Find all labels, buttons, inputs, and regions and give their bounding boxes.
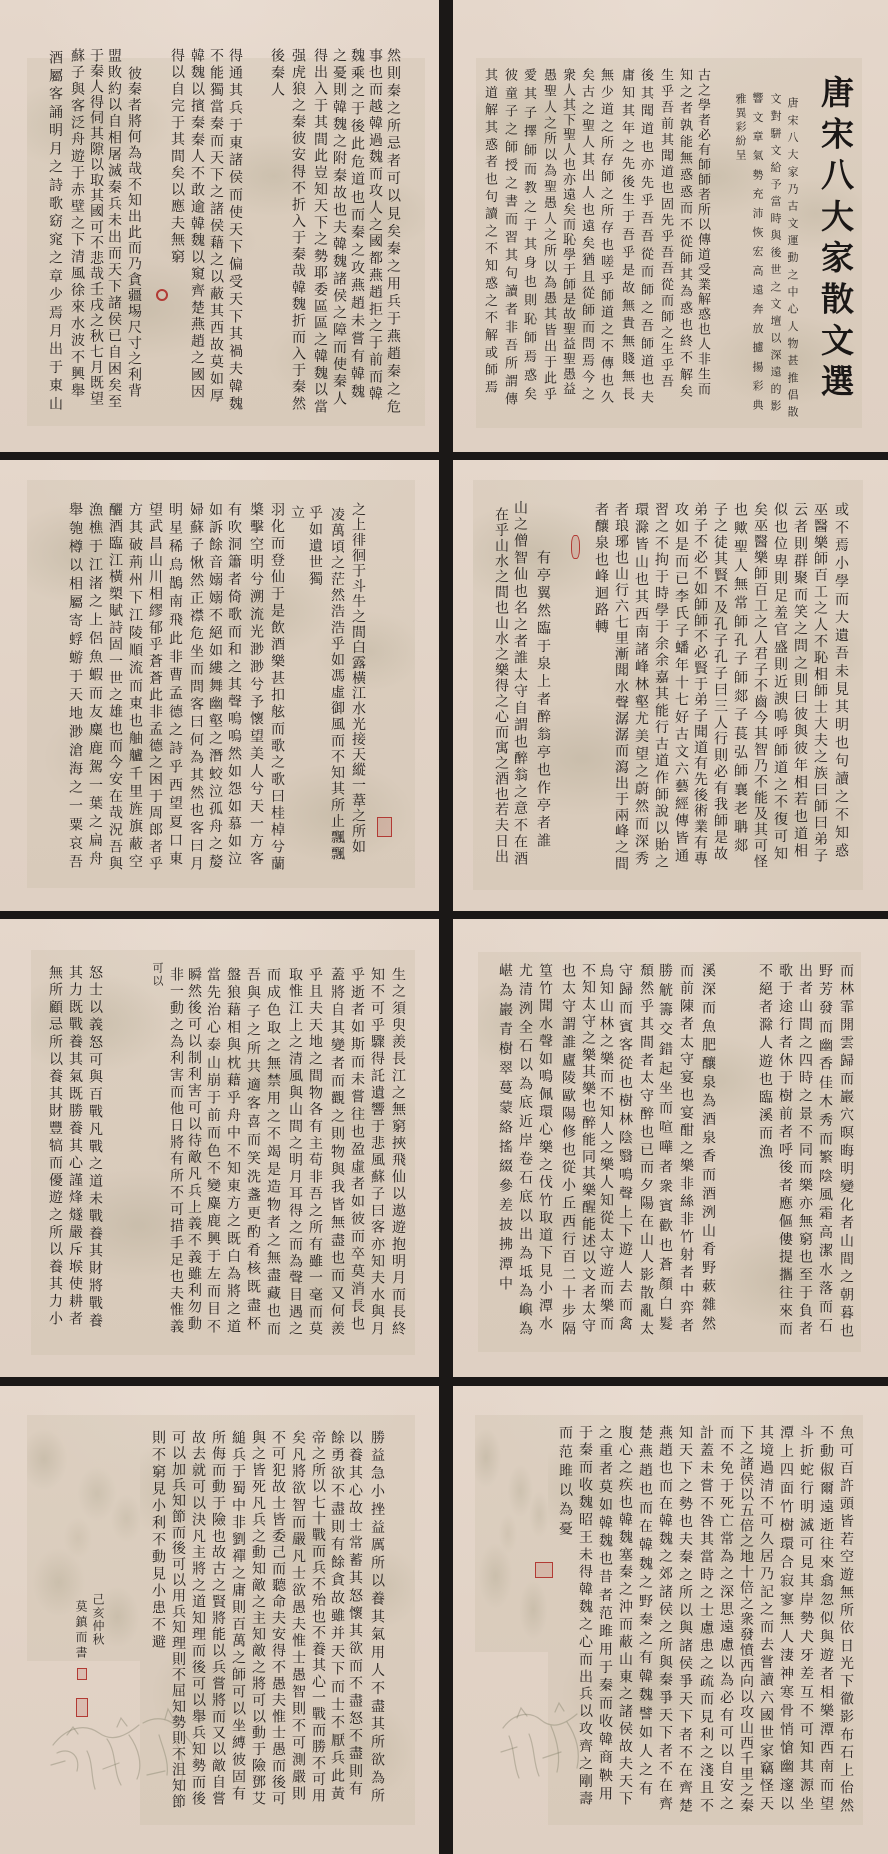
text-column: 槳擊空明兮溯流光渺渺兮予懷望美人兮天一方客 [247,502,265,865]
text-column: 而前陳者太守宴也宴酣之樂非絲非竹射者中弈者 [677,963,695,1332]
text-column: 帝之所以七十戰而兵不殆也不養其心一戰而勝不可用 [309,1430,327,1802]
text-column: 當先治心泰山崩于前而色不變麋鹿興于左而目不 [204,967,222,1333]
text-column: 凌萬頃之茫然浩浩乎如馮虛御風而不知其所止飄飄 [328,507,346,860]
inscription-column: 響文章氣勢充沛恢宏高遠奔放攄揚彩典 [750,92,764,410]
name-seal-icon [77,1668,87,1680]
panel-row2-left: 之上徘徊于斗牛之間白露橫江水光接天縱一葦之所如 凌萬頃之茫然浩浩乎如馮虛御風而不… [0,460,439,911]
text-column: 不絕者滁人遊也臨溪而漁 [756,963,774,1158]
text-column: 下之諸侯以五倍之地十倍之衆發憤西向以攻山西千里之秦 [737,1425,755,1812]
text-column: 也歟聖人無常師孔子師郯子萇弘師襄老聃郯 [731,502,749,852]
text-column: 乎逝者如斯而未嘗往也盈虛者如彼而卒莫消長也 [348,967,366,1330]
text-column: 酒屬客誦明月之詩歌窈窕之章少焉月出于東山 [46,50,64,410]
text-column: 魚可百許頭皆若空遊無所依日光下徹影布石上佁然 [837,1425,855,1812]
faint-horse-sketch [47,1705,200,1798]
text-column: 如訴餘音嫋嫋不絕如縷舞幽壑之潛蛟泣孤舟之嫠 [206,502,224,868]
text-column: 知之者孰能無惑惑而不從師其為惑也終不解矣 [676,68,692,397]
text-column: 勝觥籌交錯起坐而喧嘩者衆賓歡也蒼顏白髮 [656,963,674,1330]
text-column: 之重者莫如韓魏也昔者范雎用于秦而收韓商鞅用 [596,1425,614,1800]
text-column: 其力既戰養其氣既勝養其心謹烽燧嚴斥堠使耕者 [66,965,84,1325]
text-column: 守歸而賓客從也樹林陰翳鳴聲上下遊人去而禽 [616,963,634,1330]
text-column: 而不免于死亡常為之深思遠慮以為必有可以自安之 [717,1425,735,1810]
text-column: 無所顧忌所以養其財豐犒而優遊之所以養其力小 [46,965,64,1325]
red-seal-icon [571,535,580,559]
text-column: 或不焉小學而大遺吾未見其明也句讀之不知惑 [832,502,850,857]
text-column: 鳥知山林之樂而不知人之樂人知從太守遊而樂而 [597,963,615,1330]
text-column: 矣古之聖人其出人也遠矣猶且從師而問焉今之 [578,68,594,400]
text-column: 得出入于其間此豈知天下之勢耶委區區之韓魏以當 [311,48,329,413]
text-column: 不可犯故士皆委己而聽命夫安得不愚夫惟士愚而後可 [269,1430,287,1805]
text-column: 盤狼藉相與枕藉乎舟中不知東方之既白為將之道 [224,967,242,1333]
text-column: 習之不拘于時學于余余嘉其能行古道作師說以貽之 [652,502,670,868]
inscription-column: 文對駢文給予當時與後世之文壇以深遠的影 [768,93,782,411]
text-column: 後其聞道也亦先乎吾吾從而師之吾師道也夫 [637,68,653,403]
text-column: 羽化而登仙于是飲酒樂甚扣舷而歌之歌曰桂棹兮蘭 [268,502,286,870]
text-column: 非一動之為利害而他日將有所不可措手足也夫惟義 [167,967,185,1333]
text-column: 其道解其惑者也句讀之不知惑之不解或師焉 [481,68,497,393]
inscription-column: 唐宋八大家乃古文運動之中心人物甚推倡散 [785,97,799,417]
text-column: 吾與子之所共適客喜而笑洗盞更酌肴核既盡杯 [244,967,262,1330]
text-column: 瞬然後可以制利害可以待敵凡兵上義不義雖利勿動 [185,967,203,1330]
text-column: 彼秦者將何為哉不知出此而乃貪疆埸尺寸之利背 [125,66,143,397]
text-column: 之憂則韓魏之附秦故也夫韓魏諸侯之障而使秦人 [330,48,348,405]
text-column: 生之須臾羨長江之無窮挾飛仙以遨遊抱明月而長終 [389,967,407,1335]
text-column: 環滁皆山也其西南諸峰林壑尤美望之蔚然而深秀 [632,502,650,865]
text-column: 矣巫醫樂師百工之人君子不齒今其智乃不能及其可怪 [751,502,769,868]
text-column: 婦蘇子愀然正襟危坐而問客曰何為其然也客曰月 [187,502,205,870]
text-column: 韓魏以擯秦秦人不敢逾韓魏以窺齊楚燕趙之國因 [188,48,206,398]
text-column: 漁樵于江渚之上侶魚蝦而友麋鹿駕一葉之扁舟 [86,502,104,865]
text-column: 魏乘之于後此危道也而秦之攻燕趙未嘗有韓魏 [348,48,366,398]
text-column: 于秦人得伺其隙以取其國可不悲哉壬戌之秋七月既望 [87,48,105,405]
text-column: 巫醫樂師百工之人不恥相師士大夫之族曰師曰弟子 [811,502,829,862]
text-column: 者釀泉也峰迴路轉 [592,502,610,633]
text-column: 縋兵于蜀中非劉禪之庸則百萬之師可以坐縛彼固有 [229,1430,247,1800]
text-column: 彼童子之師授之書而習其句讀者非吾所謂傳 [501,68,517,405]
text-column: 乎如遺世獨立 [306,505,324,585]
text-column: 盟敗約以自相屠滅秦兵未出而天下諸侯已自困矣至 [105,48,123,408]
panel-row1-left: 然則秦之所忌者可以見矣秦之用兵于燕趙秦之危 事也而越韓過魏而攻人之國都燕趙拒之于… [0,0,439,452]
text-column: 腹心之疾也韓魏塞秦之沖而蔽山東之諸侯故夫天下 [616,1425,634,1805]
red-seal-icon [535,1562,553,1578]
text-column: 衆人其下聖人也亦遠矣而恥學于師是故聖益聖愚益 [559,68,575,395]
text-column: 古之學者必有師師者所以傳道受業解惑也人非生而 [694,68,710,395]
text-column: 乎且夫天地之間物各有主苟非吾之所有雖一毫而莫 [306,967,324,1335]
text-column: 餘勇欲不盡則有餘貪故雖并天下而士不厭兵此黃 [328,1430,346,1800]
text-column: 子之徒其賢不及孔子孔子曰三人行則必有我師是故 [711,502,729,860]
text-column: 方其破荊州下江陵順流而東也舳艫千里旌旗蔽空 [126,502,144,868]
text-column: 出者山間之四時之景不同而樂亦無窮也至于負者 [796,963,814,1335]
text-column: 燕趙也而在韓魏之郊諸侯之所與秦爭天下者不在齊 [656,1425,674,1810]
text-column: 蓋將自其變者而觀之則物與我皆無盡也而又何羨 [328,967,346,1335]
calligraphy-artwork: 然則秦之所忌者可以見矣秦之用兵于燕趙秦之危 事也而越韓過魏而攻人之國都燕趙拒之于… [0,0,888,1854]
text-column: 取惟江上之清風與山間之明月耳得之而為聲目遇之 [286,967,304,1335]
text-column: 歌于途行者休于樹前者呼後者應傴僂提攜往來而 [776,963,794,1335]
text-column: 云者則群聚而笑之問之則曰彼與彼年相若也道相 [791,502,809,857]
text-column: 而范雎以為憂 [556,1425,574,1535]
text-column: 與之皆死凡兵之動知敵之主知敵之將可以動于險鄧艾 [249,1430,267,1805]
text-column: 不知太守之樂其樂也醉能同其樂醒能述以文者太守 [579,963,597,1332]
text-column: 而成色取之無禁用之不竭是造物者之無盡藏也而 [264,967,282,1335]
text-column: 則不窮見小利不動見小患不避 [149,1430,167,1648]
text-column: 弟子不必不如師師不必賢于弟子聞道有先後術業有專 [691,502,709,865]
text-column: 山之僧智仙也名之者誰太守自謂也醉翁之意不在酒 [511,500,529,865]
inscription-column: 雅異彩紛呈 [733,93,747,163]
text-column: 得通其兵于東諸侯而使天下偏受天下其禍夫韓魏 [226,48,244,410]
text-column: 矣凡將欲智而嚴凡士欲愚夫惟士愚智則不可測嚴則 [289,1430,307,1800]
text-column: 然則秦之所忌者可以見矣秦之用兵于燕趙秦之危 [384,48,402,413]
red-seal-icon [377,817,392,837]
text-column: 知天下之勢也夫秦之所以與諸侯爭天下者不在齊楚 [676,1425,694,1812]
text-column: 望武昌山川相繆郁乎蒼蒼此非孟德之困于周郎者乎 [146,502,164,870]
panel-row4-right: 魚可百許頭皆若空遊無所依日光下徹影布石上佁然 不動俶爾遠逝往來翕忽似與遊者相樂潭… [453,1386,888,1854]
text-column: 尤清洌全石以為底近岸卷石底以出為坻為嶼為 [516,963,534,1335]
text-column: 在乎山水之間也山水之樂得之心而寓之酒也若夫日出 [492,507,510,863]
text-column: 釃酒臨江橫槊賦詩固一世之雄也而今安在哉況吾與 [106,502,124,870]
text-column: 所侮而動于險也故古之賢將能以兵嘗將而又以敵自嘗 [209,1430,227,1805]
text-column: 有吹洞簫者倚歌而和之其聲嗚嗚然如怨如慕如泣 [225,502,243,865]
text-column: 蘇子與客泛舟遊于赤壁之下清風徐來水波不興舉 [68,48,86,397]
text-column: 庸知其年之先後生于吾乎是故無貴無賤無長 [618,68,634,400]
text-column: 後秦人 [268,48,286,99]
text-column: 無少道之所存師之所存也嗟乎師道之不傳也久 [597,68,613,403]
text-column: 可以 [150,962,164,988]
text-column: 愛其子擇師而教之于其身也則恥師焉惑矣 [520,68,536,400]
text-column: 其境過清不可久居乃記之而去嘗讀六國世家竊怪天 [757,1425,775,1810]
text-column: 生乎吾前其聞道也固先乎吾吾從而師之生乎吾 [657,68,673,387]
text-column: 舉匏樽以相屬寄蜉蝣于天地渺滄海之一粟哀吾 [66,502,84,868]
text-column: 怒士以義怒可與百戰凡戰之道未戰養其財將戰養 [86,965,104,1327]
text-column: 之上徘徊于斗牛之間白露橫江水光接天縱一葦之所如 [349,502,367,853]
text-column: 攻如是而已李氏子蟠年十七好古文六藝經傳皆通 [672,502,690,862]
artwork-title: 唐宋八大家散文選 [815,75,855,397]
red-seal-icon [156,289,168,301]
paper-texture [475,1415,548,1652]
panel-row3-left: 生之須臾羨長江之無窮挾飛仙以遨遊抱明月而長終 知不可乎驟得託遺響于悲風蘇子曰客亦… [0,919,439,1377]
text-column: 强虎狼之秦彼安得不折入于秦哉韓魏折而入于秦然 [289,48,307,410]
text-column: 事也而越韓過魏而攻人之國都燕趙拒之于前而韓 [366,48,384,400]
text-column: 而林霏開雲歸而巖穴暝晦明變化者山間之朝暮也 [837,963,855,1337]
faint-horse-sketch [495,1698,590,1788]
text-column: 計蓋未嘗不咎其當時之士慮患之疏而見利之淺且不 [697,1425,715,1812]
text-column: 嵁為巖青樹翠蔓蒙絡搖綴參差披拂潭中 [496,963,514,1290]
text-column: 潭上四面竹樹環合寂寥無人淒神寒骨悄愴幽邃以 [777,1425,795,1810]
panel-row4-left: 勝益急小挫益厲所以養其氣用人不盡其所欲為所 以養其心故士常蓄其怒懷其欲而不盡怒不… [0,1386,439,1854]
text-column: 似也位卑則足羞官盛則近諛嗚呼師道之不復可知 [771,502,789,860]
text-column: 不能獨當秦而天下之諸侯藉之以蔽其西故莫如厚 [207,48,225,402]
text-column: 明星稀烏鵲南飛此非曹孟德之詩乎西望夏口東 [166,502,184,865]
text-column: 愚聖人之所以為聖愚人之所以為愚其皆出于此乎 [540,68,556,400]
panel-row1-right: 唐宋八大家散文選 唐宋八大家乃古文運動之中心人物甚推倡散 文對駢文給予當時與後世… [453,0,888,452]
text-column: 有亭翼然臨于泉上者醉翁亭也作亭者誰 [534,550,552,847]
text-column: 得以自完于其間矣以應夫無窮 [168,48,186,263]
text-column: 頹然乎其間者太守醉也已而夕陽在山人影散亂太 [637,963,655,1335]
panel-row3-right: 而林霏開雲歸而巖穴暝晦明變化者山間之朝暮也 野芳發而幽香佳木秀而繁陰風霜高潔水落… [453,919,888,1377]
panel-row2-right: 或不焉小學而大遺吾未見其明也句讀之不知惑 巫醫樂師百工之人不恥相師士大夫之族曰師… [453,460,888,911]
text-column: 勝益急小挫益厲所以養其氣用人不盡其所欲為所 [368,1430,386,1802]
text-column: 溪深而魚肥釀泉為酒泉香而酒洌山肴野蔌雜然 [699,963,717,1330]
text-column: 不動俶爾遠逝往來翕忽似與遊者相樂潭西南而望 [817,1425,835,1810]
signature-name: 莫鎮而書 [73,1600,88,1658]
text-column: 斗折蛇行明滅可見其岸勢犬牙差互不可知其源坐 [797,1425,815,1810]
text-column: 篁竹聞水聲如鳴佩環心樂之伐竹取道下見小潭水 [536,963,554,1330]
text-column: 野芳發而幽香佳木秀而繁陰風霜高潔水落而石 [816,963,834,1332]
text-column: 以養其心故士常蓄其怒懷其欲而不盡怒不盡則有 [346,1430,364,1795]
text-column: 楚燕趙也而在韓魏之野秦之有韓魏譬如人之有 [636,1425,654,1795]
text-column: 也太守謂誰廬陵歐陽修也從小丘西行百二十步隔 [559,963,577,1335]
text-column: 知不可乎驟得託遺響于悲風蘇子曰客亦知夫水與月 [368,967,386,1335]
text-column: 者琅琊也山行六七里漸聞水聲潺潺而瀉出于兩峰之間 [612,502,630,870]
signature-date: 己亥仲秋 [90,1593,105,1645]
